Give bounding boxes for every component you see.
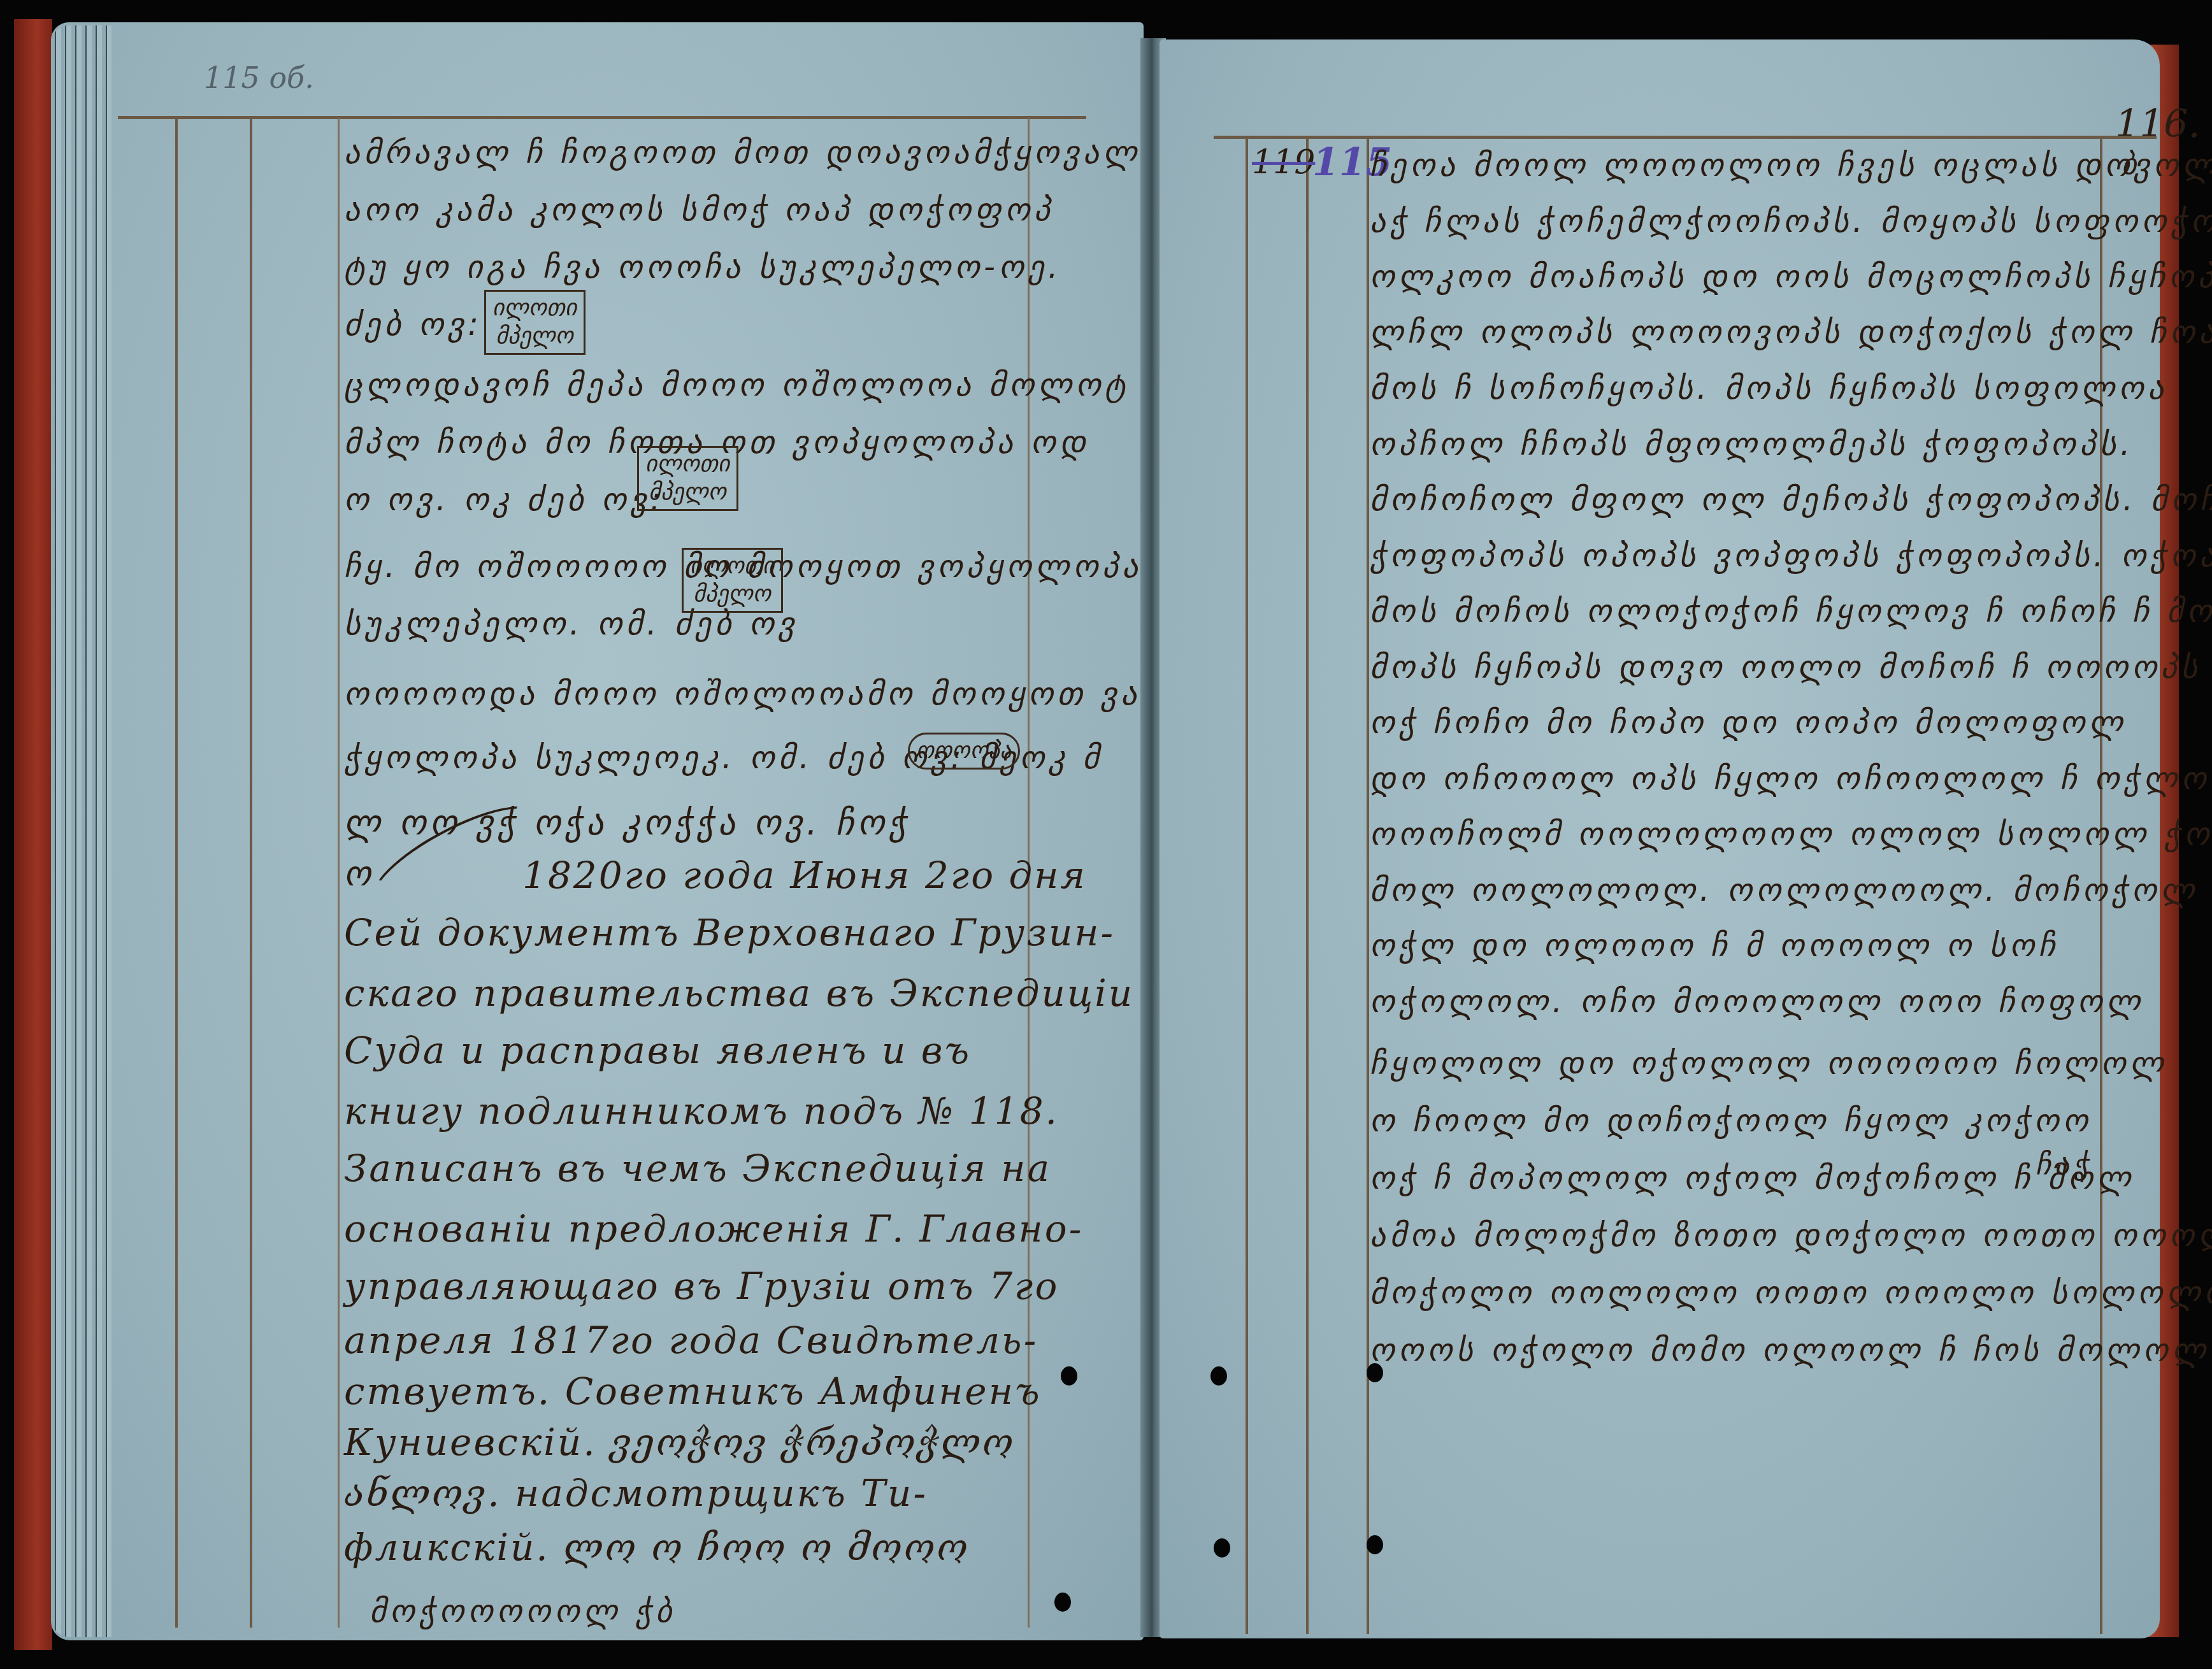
- seal-text: ილოთი: [690, 552, 775, 580]
- text-line: მოჭოოოოოლ ჭბ: [370, 1593, 676, 1630]
- text-line: მოლ ოოლოლოლ. ოოლოლოოლ. მოჩოჭოლ: [1370, 871, 2199, 908]
- text-line: ოჭოლოლ. ოჩო მოოოლოლ ოოო ჩოფოლ: [1370, 983, 2144, 1020]
- text-line: ჩეოა მოოლ ლოოოლოო ჩვეს ოცლას დოვოლას სუ: [1370, 147, 2212, 183]
- text-line: ოოოოოდა მოოო ოშოლოოამო მოოყოთ ვა: [344, 675, 1141, 712]
- text-line: ჩყოლოლ დო ოჭოლოლ ოოოოოო ჩოლოლ: [1370, 1045, 2167, 1082]
- text-line: ო ოვ. ოკ ძებ ოვ:: [344, 481, 665, 518]
- text-line: მოჩოჩოლ მფოლ ოლ მეჩოპს ჭოფოპოპს. მოჩოლმო…: [1370, 481, 2212, 518]
- seal-text: მპელო: [645, 478, 730, 506]
- text-line: ცლოდავოჩ მეპა მოოო ოშოლოოა მოლოტ მეპ: [344, 366, 1204, 403]
- text-line: ოჭლ დო ოლოოო ჩ მ ოოოოლ ო სოჩ: [1370, 927, 2059, 964]
- text-line: ოოოჩოლმ ოოლოლოოლ ოლოლ სოლოლ ჭოლ ჭოლ: [1370, 815, 2212, 852]
- page-stack-edges: [51, 25, 111, 1637]
- text-line: ამოა მოლოჭმო ზოთო დოჭოლო ოოთო ოოოლო: [1370, 1217, 2212, 1254]
- right-folio-number: 116.: [2115, 102, 2201, 147]
- text-line: 1820го года Июня 2го дня: [522, 854, 1087, 897]
- text-line: Куниевскій. ვეოჭოვ ჭრეპოჭლო: [344, 1421, 1015, 1464]
- seal-box: ილოთი მპელო: [484, 290, 585, 355]
- text-line: фликскій. ლო ო ჩოო ო მოოო: [344, 1526, 970, 1569]
- binding-hole-icon: [1214, 1538, 1230, 1558]
- left-folio-number: 115 об.: [204, 61, 314, 95]
- signature-line: ო: [344, 854, 375, 894]
- text-line: მოს მოჩოს ოლოჭოჭოჩ ჩყოლოვ ჩ ოჩოჩ ჩ მოლ.: [1370, 592, 2212, 629]
- text-line: მოჭოლო ოოლოლო ოოთო ოოოლო სოლოლოჭო მოს.: [1370, 1274, 2212, 1311]
- left-margin-rule-1: [175, 118, 178, 1628]
- text-line: апреля 1817го года Свидѣтель-: [344, 1319, 1038, 1362]
- margin-note: ჩაჭ: [2036, 1147, 2092, 1181]
- text-line: აოო კამა კოლოს სმოჭ ოაპ დოჭოფოპ: [344, 191, 1054, 228]
- text-line: მოს ჩ სოჩოჩყოპს. მოპს ჩყჩოპს სოფოლოა: [1370, 369, 2168, 406]
- binding-hole-icon: [1054, 1593, 1071, 1612]
- seal-text: ოოოოპა: [916, 737, 1012, 765]
- struck-number: 119: [1252, 143, 1315, 182]
- signature-line: ლ ოო ვჭ ოჭა კოჭჭა ოვ. ჩოჭ: [344, 803, 910, 843]
- text-line: скаго правительства въ Экспедиціи: [344, 971, 1134, 1015]
- binding-hole-icon: [1367, 1535, 1383, 1554]
- text-line: ოპჩოლ ჩჩოპს მფოლოლმეპს ჭოფოპოპს.: [1370, 426, 2134, 462]
- text-line: ოლკოო მოაჩოპს დო ოოს მოცოლჩოპს ჩყჩოპს დო: [1370, 258, 2212, 295]
- binding-hole-icon: [1367, 1363, 1383, 1382]
- right-margin-rule-3: [1367, 137, 1369, 1634]
- right-margin-rule-2: [1306, 137, 1309, 1634]
- binding-hole-icon: [1061, 1366, 1077, 1386]
- seal-text: მპელო: [492, 322, 577, 350]
- text-line: ტუ ყო იგა ჩვა ოოოჩა სუკლეპელო-ოე.: [344, 248, 1062, 285]
- text-line: основаніи предложенія Г. Главно-: [344, 1207, 1083, 1250]
- text-line: ствуетъ. Советникъ Амфиненъ: [344, 1370, 1042, 1413]
- text-line: ამრავალ ჩ ჩოგოოთ მოთ დოავოამჭყოვალ ოპ: [344, 134, 1203, 171]
- left-margin-rule-2: [250, 118, 252, 1628]
- seal-text: მპელო: [690, 580, 775, 608]
- text-line: книгу подлинникомъ подъ № 118.: [344, 1089, 1059, 1133]
- text-line: управляющаго въ Грузіи отъ 7го: [344, 1264, 1059, 1308]
- seal-text: ილოთი: [492, 294, 577, 322]
- text-line: ოჭ ჩოჩო მო ჩოპო დო ოოპო მოლოფოლ: [1370, 704, 2127, 741]
- seal-box: ილოთი მპელო: [637, 446, 738, 511]
- text-line: Суда и расправы явленъ и въ: [344, 1029, 971, 1072]
- text-line: აჭ ჩლას ჭოჩემლჭოოჩოპს. მოყოპს სოფოოჭოპოს: [1370, 203, 2212, 240]
- text-line: ოჭ ჩ მოპოლოლ ოჭოლ მოჭოჩოლ ჩ მოლ: [1370, 1159, 2135, 1196]
- binding-hole-icon: [1210, 1366, 1227, 1386]
- seal-box: ილოთი მპელო: [682, 548, 783, 613]
- text-line: Сей документъ Верховнаго Грузин-: [344, 911, 1115, 954]
- text-line: ძებ ოვ:: [344, 306, 482, 343]
- text-line: ანლოვ. надсмотрщикъ Ти-: [344, 1472, 928, 1515]
- seal-box: ოოოოპა: [908, 733, 1020, 770]
- text-line: ო ჩოოლ მო დოჩოჭოოლ ჩყოლ კოჭოო: [1370, 1102, 2092, 1139]
- right-margin-rule-1: [1246, 137, 1248, 1634]
- text-line: ლჩლ ოლოპს ლოოოვოპს დოჭოქოს ჭოლ ჩოა: [1370, 313, 2212, 350]
- left-header-rule: [118, 116, 1086, 119]
- text-line: ოოოს ოჭოლო მომო ოლოოლ ჩ ჩოს მოლოლო: [1370, 1331, 2212, 1368]
- text-line: დო ოჩოოოლ ოპს ჩყლო ოჩოოლოლ ჩ ოჭლოლ: [1370, 760, 2212, 797]
- text-line: Записанъ въ чемъ Экспедиція на: [344, 1147, 1051, 1190]
- book-cover-left-edge: [14, 19, 52, 1650]
- text-line: ჭოფოპოპს ოპოპს ვოპფოპს ჭოფოპოპს. ოჭოა ოპ…: [1370, 537, 2212, 574]
- left-text-margin-rule: [338, 118, 340, 1628]
- text-line: მოპს ჩყჩოპს დოვო ოოლო მოჩოჩ ჩ ოოოოპს: [1370, 648, 2201, 685]
- right-header-rule: [1214, 136, 2157, 139]
- seal-text: ილოთი: [645, 450, 730, 478]
